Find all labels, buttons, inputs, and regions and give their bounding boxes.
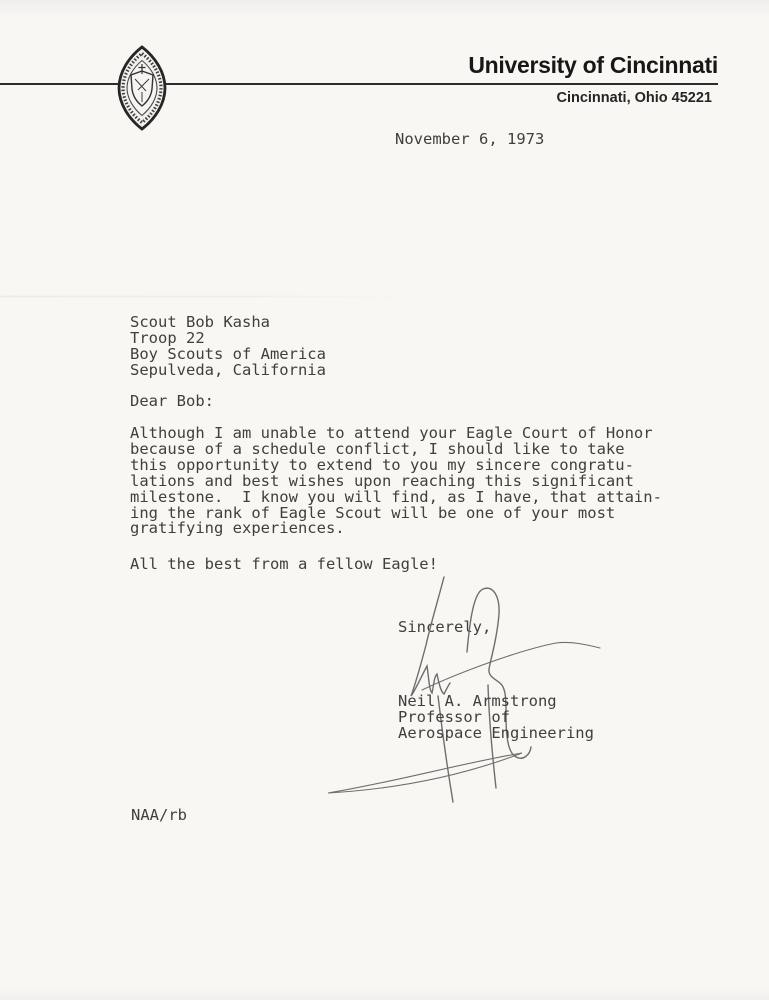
scan-shading-top — [0, 0, 769, 18]
letterhead-university-name: University of Cincinnati — [468, 52, 718, 79]
handwritten-signature-icon — [300, 560, 710, 810]
letterhead-city-zip: Cincinnati, Ohio 45221 — [556, 90, 712, 106]
closing-line: All the best from a fellow Eagle! — [130, 557, 438, 573]
letterhead-rule — [0, 83, 718, 85]
letter-page: University of Cincinnati Cincinnati, Ohi… — [0, 0, 769, 1000]
salutation: Dear Bob: — [130, 394, 214, 410]
valediction: Sincerely, — [398, 620, 491, 636]
recipient-address-block: Scout Bob Kasha Troop 22 Boy Scouts of A… — [130, 315, 326, 379]
university-seal-icon — [112, 44, 172, 132]
letter-date: November 6, 1973 — [395, 132, 544, 148]
paper-fold-crease — [0, 296, 410, 297]
letter-body-paragraph: Although I am unable to attend your Eagl… — [130, 426, 662, 537]
scan-shading-bottom — [0, 988, 769, 1000]
typist-reference-initials: NAA/rb — [131, 808, 187, 824]
signer-name-and-title: Neil A. Armstrong Professor of Aerospace… — [398, 694, 594, 742]
